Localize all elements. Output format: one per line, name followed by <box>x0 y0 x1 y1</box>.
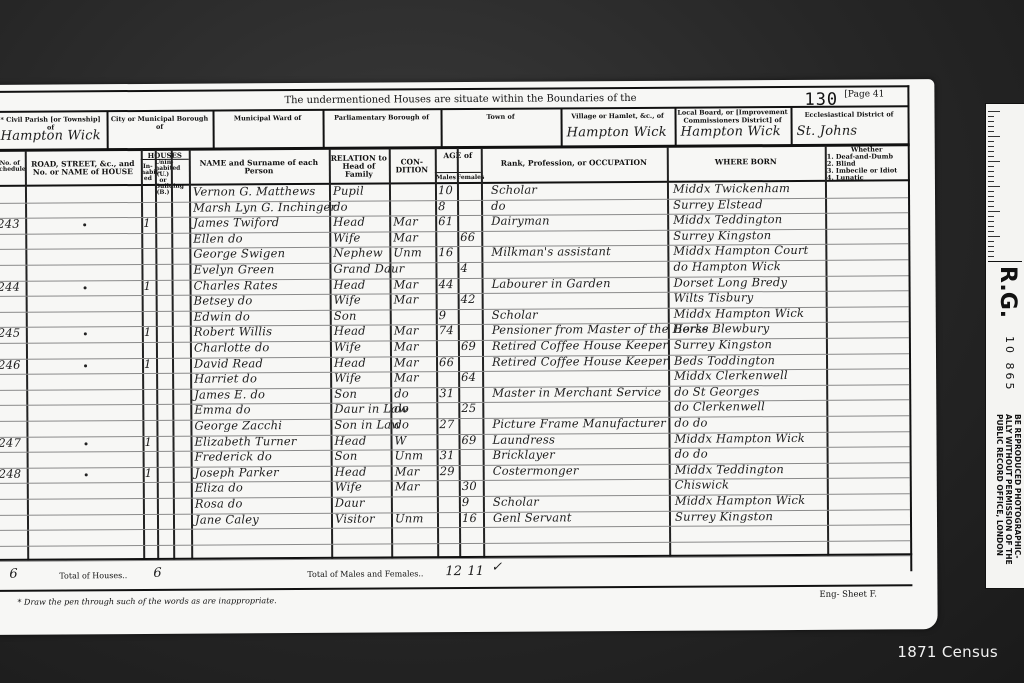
where-born: do St Georges <box>674 384 759 399</box>
where-born: Middx Teddington <box>675 462 784 477</box>
relation: Daur <box>335 496 365 510</box>
relation: Wife <box>335 480 362 494</box>
where-born: do do <box>675 447 708 461</box>
condition: Mar <box>394 324 419 338</box>
occupation: Master in Merchant Service <box>492 385 661 400</box>
person-name: Elizabeth Turner <box>194 434 296 449</box>
occupation: Dairyman <box>491 214 550 228</box>
ditto-dot <box>85 473 88 476</box>
occupation: Picture Frame Manufacturer <box>492 416 666 431</box>
female-age: 16 <box>462 511 477 525</box>
image-caption: 1871 Census <box>897 643 998 661</box>
ruler-tick <box>988 146 994 147</box>
col-header-females: Females <box>457 175 481 181</box>
person-name: David Read <box>194 356 263 370</box>
col-header-infirmity: Whether1. Deaf-and-Dumb2. Blind3. Imbeci… <box>827 146 907 181</box>
occupation: Genl Servant <box>493 510 572 524</box>
ruler-tick <box>988 111 1000 112</box>
check-mark: ✓ <box>491 560 502 575</box>
female-age: 4 <box>460 261 468 275</box>
where-born: Middx Hampton Wick <box>674 306 804 321</box>
condition: Mar <box>394 370 419 384</box>
field-label-town: Town of <box>443 112 559 121</box>
occupation: do <box>491 198 506 212</box>
ruler-tick <box>988 166 994 167</box>
male-age: 61 <box>438 214 453 228</box>
col-header-road: ROAD, STREET, &c., and No. or NAME of HO… <box>25 160 141 177</box>
relation: Head <box>334 277 366 291</box>
condition: Unm <box>393 246 422 260</box>
ruler-tick <box>988 181 994 182</box>
female-age: 64 <box>461 370 476 384</box>
where-born: do do <box>674 416 707 430</box>
ruler-tick <box>988 221 994 222</box>
person-name: Vernon G. Matthews <box>193 184 316 199</box>
ruler-tick <box>988 126 994 127</box>
occupation: Retired Coffee House Keeper <box>492 338 668 353</box>
condition: Mar <box>394 339 419 353</box>
where-born: Dorset Long Bredy <box>674 275 788 290</box>
ruler-tick <box>988 156 994 157</box>
ruler-tick <box>988 211 1000 212</box>
condition: do <box>394 402 409 416</box>
total-houses-label: Total of Houses.. <box>59 571 127 580</box>
header-title: The undermentioned Houses are situate wi… <box>284 93 636 106</box>
relation: Son <box>334 386 357 400</box>
where-born: Surrey Kingston <box>675 509 773 524</box>
person-name: George Swigen <box>193 246 285 261</box>
ditto-dot <box>85 442 88 445</box>
condition: do <box>394 417 409 431</box>
field-label-municipal-borough: City or Municipal Borough of <box>109 115 211 132</box>
col-header-inhabited: In-habit-ed <box>141 164 155 182</box>
reference-slip: R.G. 10 865 BE REPRODUCED PHOTOGRAPHIC- … <box>985 103 1024 589</box>
where-born: Middx Twickenham <box>673 181 790 196</box>
schedule-number: 244 <box>0 279 20 293</box>
male-age: 74 <box>439 323 454 337</box>
ruler-tick <box>988 151 994 152</box>
where-born: Middx Hampton Wick <box>675 493 805 508</box>
relation: Visitor <box>335 511 375 525</box>
ditto-dot <box>84 364 87 367</box>
female-age: 66 <box>460 230 475 244</box>
schedule-number: 247 <box>0 435 21 449</box>
inhabited-mark: 1 <box>145 466 153 480</box>
col-header-relation: RELATION to Head of Family <box>329 154 389 178</box>
occupation: Costermonger <box>493 463 579 478</box>
ruler-tick <box>988 216 994 217</box>
occupation: Retired Coffee House Keeper <box>492 353 668 368</box>
field-value-village: Hampton Wick <box>567 125 667 141</box>
person-name: Robert Willis <box>194 325 272 339</box>
person-name: Ellen do <box>193 231 243 245</box>
series-code: R.G. <box>995 266 1020 318</box>
relation: Wife <box>333 230 360 244</box>
relation: Nephew <box>333 246 383 260</box>
where-born: Chiswick <box>675 478 729 492</box>
condition: Mar <box>395 480 420 494</box>
col-header-name: NAME and Surname of each Person <box>189 159 329 176</box>
field-value-ecclesiastical-district: St. Johns <box>797 124 858 139</box>
piece-reference: 10 865 <box>1003 336 1016 393</box>
where-born: Middx Hampton Court <box>673 243 808 258</box>
condition: Mar <box>395 464 420 478</box>
sheet-label: Eng- Sheet F. <box>819 589 877 599</box>
person-name: Charles Rates <box>194 278 278 293</box>
census-table: Vernon G. MatthewsPupil10ScholarMiddx Tw… <box>0 79 934 85</box>
inhabited-mark: 1 <box>144 357 152 371</box>
page-label: [Page 41 <box>844 89 884 99</box>
relation: Son <box>335 449 358 463</box>
male-age: 66 <box>439 355 454 369</box>
relation: Son <box>334 308 357 322</box>
relation: Wife <box>334 371 361 385</box>
ruler-tick <box>988 236 1000 237</box>
total-schedules: 6 <box>9 567 18 582</box>
ruler-tick <box>988 131 994 132</box>
total-females: 11 <box>467 564 484 579</box>
female-age: 69 <box>461 433 476 447</box>
field-label-local-board: Local Board, or [Improvement Commissione… <box>676 108 788 125</box>
person-name: James Twiford <box>193 215 279 230</box>
footer-note: * Draw the pen through such of the words… <box>17 596 276 607</box>
male-age: 8 <box>438 199 446 213</box>
occupation: Scholar <box>492 307 538 321</box>
relation: do <box>333 199 348 213</box>
schedule-number: 248 <box>0 467 21 481</box>
ruler-tick <box>988 186 1000 187</box>
census-sheet: The undermentioned Houses are situate wi… <box>0 79 938 635</box>
field-label-ecclesiastical-district: Ecclesiastical District of <box>793 110 906 119</box>
occupation: Bricklayer <box>493 448 555 462</box>
male-age: 9 <box>439 308 447 322</box>
where-born: Surrey Elstead <box>673 197 763 212</box>
female-age: 25 <box>461 401 476 415</box>
relation: Head <box>334 433 366 447</box>
ruler-tick <box>988 241 994 242</box>
ruler-tick <box>988 136 1000 137</box>
male-age: 10 <box>438 183 453 197</box>
column-headers: No. of ScheduleROAD, STREET, &c., and No… <box>0 79 934 85</box>
ruler-tick <box>988 161 1000 162</box>
field-label-parliamentary-borough: Parliamentary Borough of <box>325 113 439 122</box>
ditto-dot <box>84 286 87 289</box>
relation: Head <box>334 324 366 338</box>
person-name: Betsey do <box>194 293 253 307</box>
where-born: do Hampton Wick <box>673 259 780 274</box>
relation: Wife <box>334 340 361 354</box>
field-label-municipal-ward: Municipal Ward of <box>215 114 321 123</box>
where-born: Berks Blewbury <box>674 322 770 337</box>
where-born: Surrey Kingston <box>674 337 772 352</box>
total-males: 12 <box>445 564 462 579</box>
ruler-tick <box>988 176 994 177</box>
relation: Son in Law <box>334 417 401 431</box>
ruler-tick <box>988 256 994 257</box>
where-born: Surrey Kingston <box>673 228 771 243</box>
male-age: 31 <box>439 386 454 400</box>
col-header-occupation: Rank, Profession, or OCCUPATION <box>481 159 667 168</box>
where-born: Wilts Tisbury <box>674 290 754 304</box>
relation: Wife <box>334 293 361 307</box>
person-name: Harriet do <box>194 371 257 385</box>
person-name: Jane Caley <box>195 512 259 526</box>
condition: Mar <box>394 277 419 291</box>
condition: Unm <box>395 448 424 462</box>
male-age: 29 <box>440 464 455 478</box>
relation: Head <box>335 464 367 478</box>
relation: Head <box>333 215 365 229</box>
col-header-where-born: WHERE BORN <box>667 158 825 167</box>
col-header-schedule: No. of Schedule <box>0 161 25 173</box>
ruler-tick <box>988 201 994 202</box>
relation: Head <box>334 355 366 369</box>
person-name: Frederick do <box>195 449 272 463</box>
condition: Unm <box>395 511 424 525</box>
copyright-notice: BE REPRODUCED PHOTOGRAPHIC- ALLY WITHOUT… <box>995 414 1022 565</box>
where-born: do Clerkenwell <box>674 400 765 415</box>
field-value-local-board: Hampton Wick <box>681 124 781 140</box>
ruler-tick <box>988 171 994 172</box>
female-age: 69 <box>461 339 476 353</box>
ruler-tick <box>988 121 994 122</box>
person-name: Charlotte do <box>194 340 270 354</box>
occupation: Milkman's assistant <box>491 245 611 260</box>
person-name: Evelyn Green <box>193 262 274 276</box>
condition: Mar <box>393 214 418 228</box>
ruler-tick <box>988 246 994 247</box>
occupation: Scholar <box>491 183 537 197</box>
inhabited-mark: 1 <box>144 435 152 449</box>
header-fields: * Civil Parish [or Township] ofHampton W… <box>0 79 934 85</box>
person-name: Eliza do <box>195 481 243 495</box>
col-header-males: Males <box>435 175 457 181</box>
schedule-number: 245 <box>0 326 20 340</box>
occupation: Labourer in Garden <box>492 276 611 291</box>
person-name: George Zacchi <box>194 418 282 433</box>
inhabited-mark: 1 <box>143 216 151 230</box>
ruler-tick <box>988 116 994 117</box>
male-age: 44 <box>439 277 454 291</box>
condition: Mar <box>394 355 419 369</box>
col-header-condition: CON-DITION <box>389 158 435 174</box>
ruler-tick <box>988 206 994 207</box>
ruler-tick <box>988 226 994 227</box>
condition: Mar <box>393 230 418 244</box>
occupation: Laundress <box>492 432 555 446</box>
person-name: Rosa do <box>195 496 243 510</box>
where-born: Middx Teddington <box>673 212 782 227</box>
inhabited-mark: 1 <box>144 279 152 293</box>
ruler-tick <box>988 141 994 142</box>
relation: Grand Daur <box>333 261 404 275</box>
ruler-tick <box>988 251 994 252</box>
schedule-number: 246 <box>0 357 21 371</box>
condition: do <box>394 386 409 400</box>
person-name: Marsh Lyn G. Inchinger <box>193 199 336 214</box>
field-label-village: Village or Hamlet, &c., of <box>563 112 673 121</box>
female-age: 42 <box>461 292 476 306</box>
where-born: Middx Hampton Wick <box>674 431 804 446</box>
total-houses-inhabited: 6 <box>153 566 162 581</box>
relation: Pupil <box>333 184 364 198</box>
person-name: Edwin do <box>194 309 250 323</box>
occupation: Scholar <box>493 495 539 509</box>
ruler-tick <box>988 196 994 197</box>
male-age: 16 <box>438 245 453 259</box>
male-age: 27 <box>439 417 454 431</box>
female-age: 9 <box>462 495 470 509</box>
schedule-number: 243 <box>0 217 20 231</box>
ditto-dot <box>83 224 86 227</box>
field-value-civil-parish: Hampton Wick <box>1 128 101 144</box>
person-name: Joseph Parker <box>195 465 279 480</box>
ditto-dot <box>84 333 87 336</box>
male-age: 31 <box>440 448 455 462</box>
ruler-tick <box>988 231 994 232</box>
ruler-scale <box>988 106 1022 262</box>
ruler-tick <box>988 191 994 192</box>
condition: Mar <box>394 292 419 306</box>
inhabited-mark: 1 <box>144 325 152 339</box>
condition: W <box>394 433 406 447</box>
female-age: 30 <box>462 479 477 493</box>
where-born: Beds Toddington <box>674 353 775 368</box>
where-born: Middx Clerkenwell <box>674 368 788 383</box>
total-persons-label: Total of Males and Females.. <box>307 569 423 579</box>
person-name: James E. do <box>194 387 265 401</box>
person-name: Emma do <box>194 403 250 417</box>
